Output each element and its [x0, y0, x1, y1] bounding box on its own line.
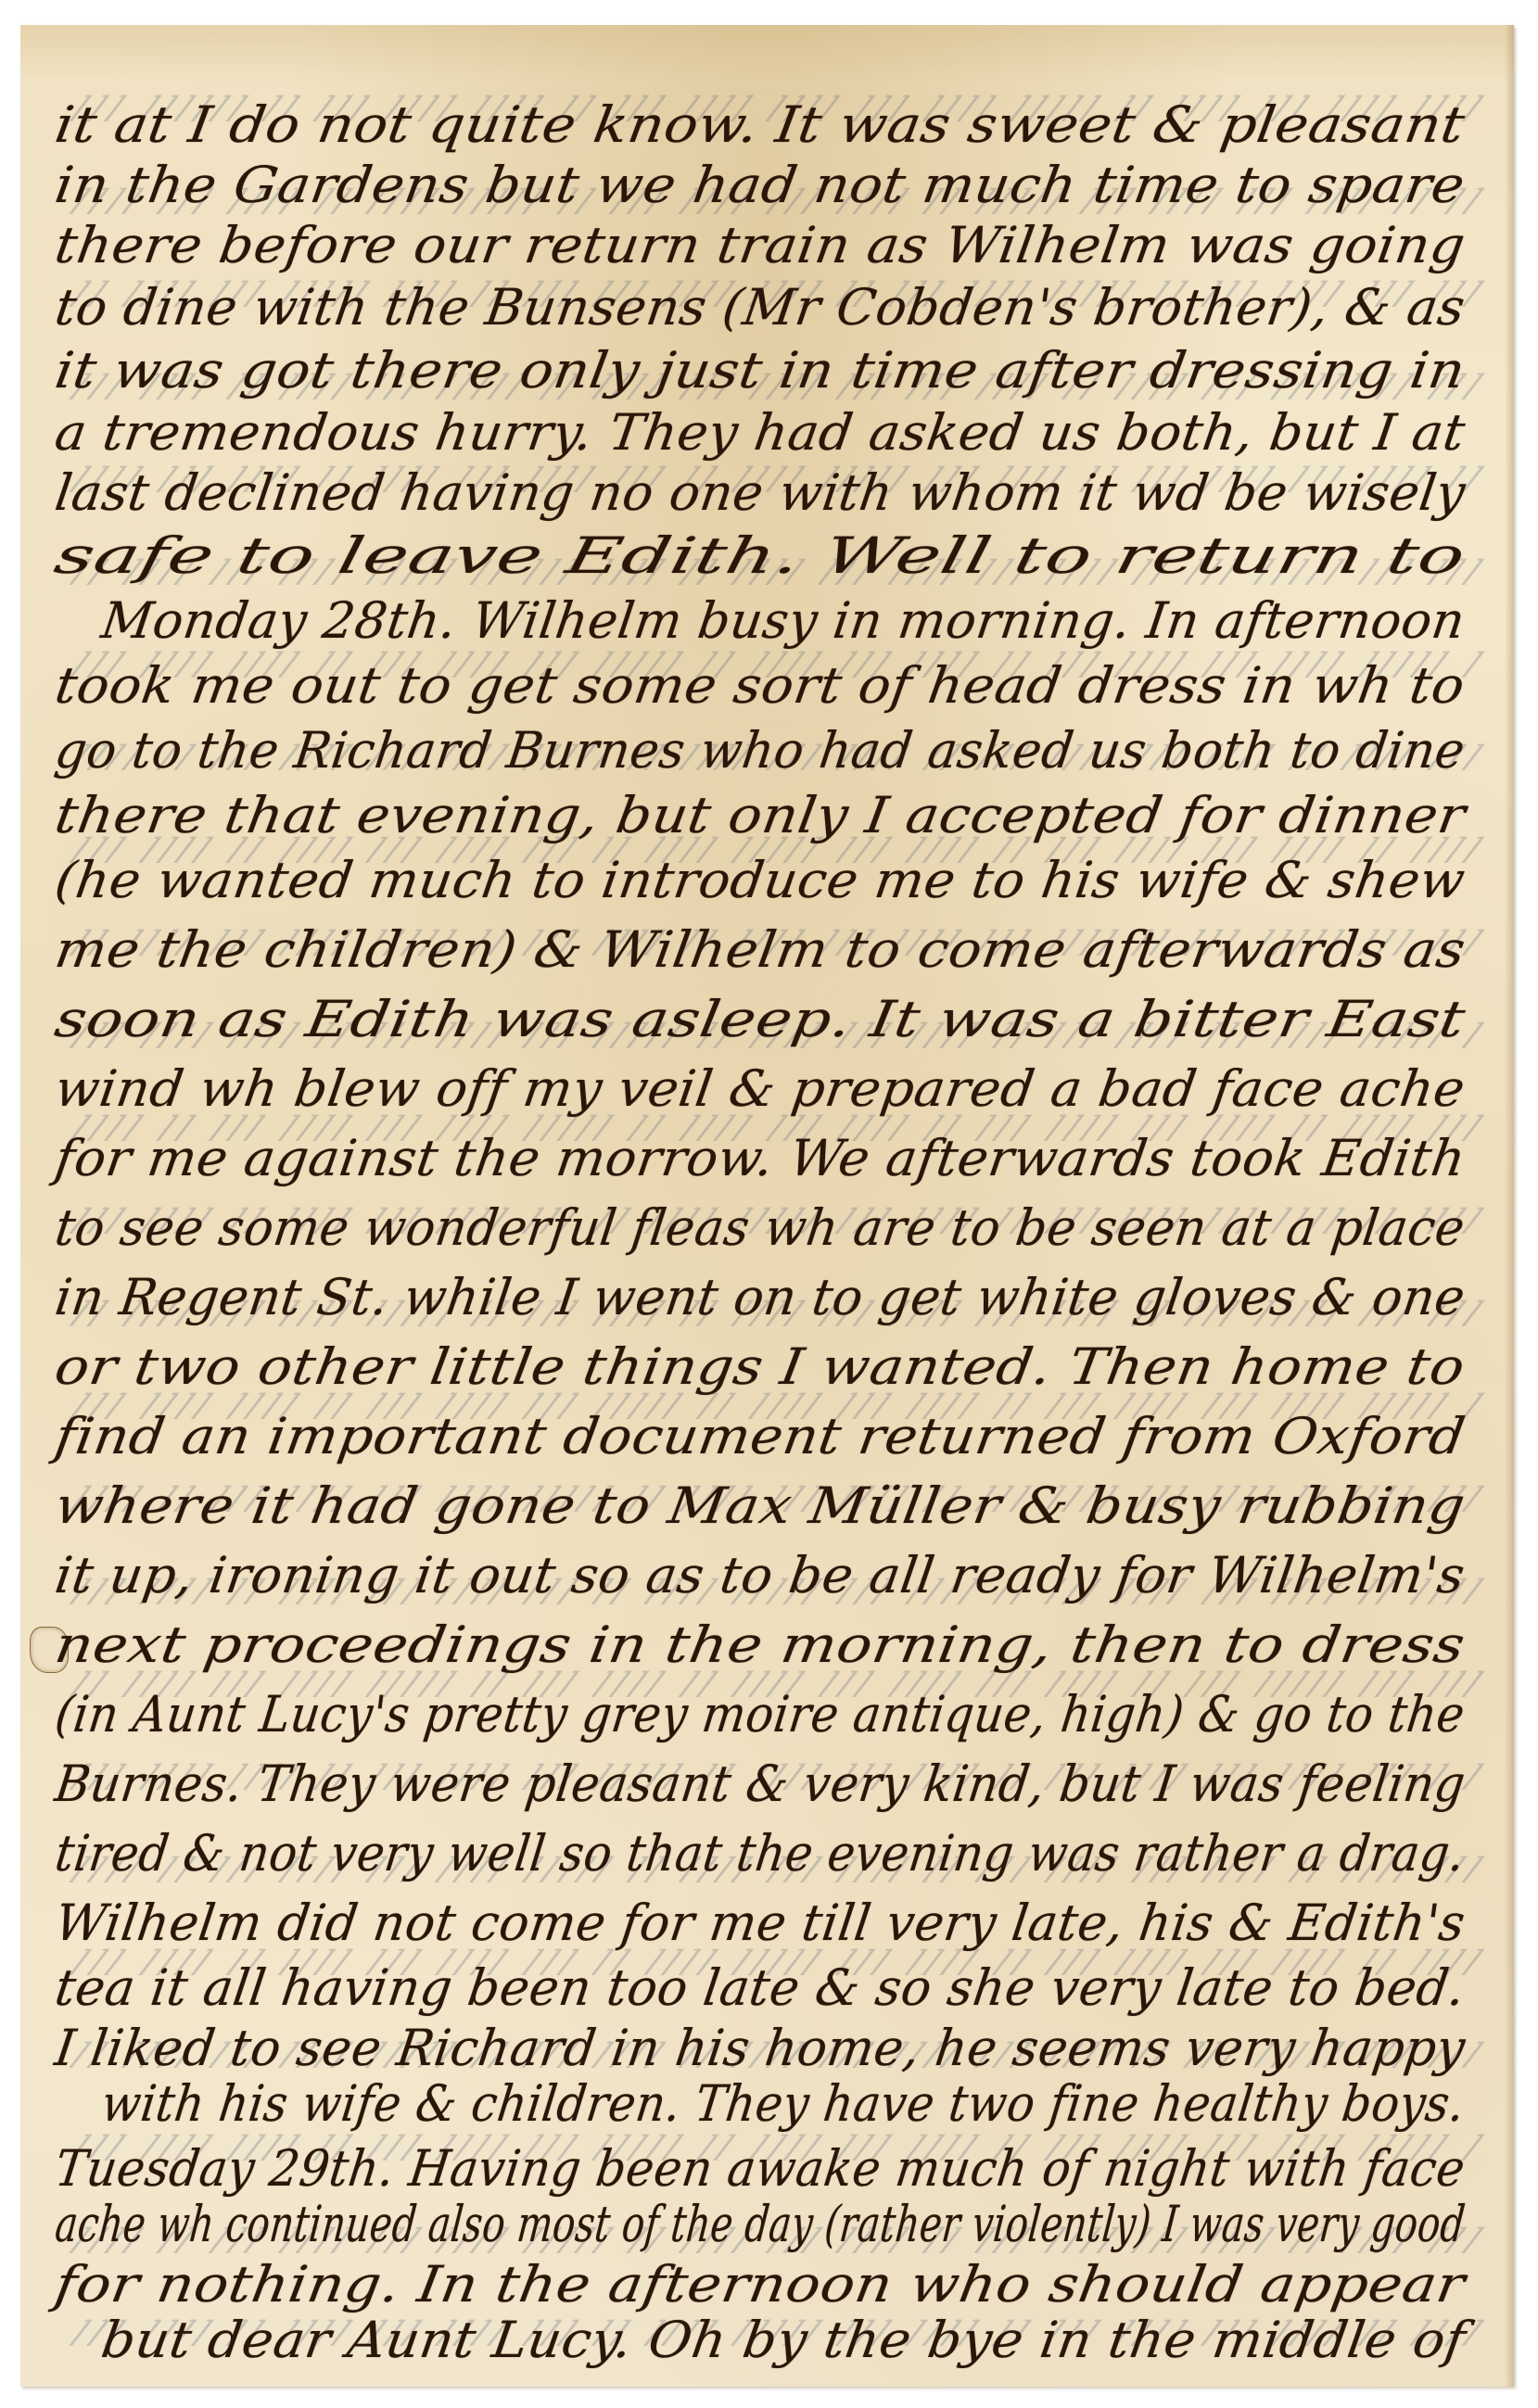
handwritten-line: to dine with the Bunsens (Mr Cobden's br…	[52, 280, 1468, 336]
handwritten-line: ache wh continued also most of the day (…	[53, 2197, 1468, 2252]
handwritten-line-date-monday: Monday 28th. Wilhelm busy in morning. In…	[98, 593, 1468, 649]
handwritten-line: tired & not very well so that the evenin…	[52, 1826, 1468, 1882]
handwritten-line: (in Aunt Lucy's pretty grey moire antiqu…	[52, 1687, 1468, 1743]
handwritten-line: for me against the morrow. We afterwards…	[52, 1131, 1469, 1186]
handwritten-line: safe to leave Edith. Well to return to	[50, 528, 1470, 584]
handwritten-line: a tremendous hurry. They had asked us bo…	[52, 405, 1469, 461]
handwritten-line: where it had gone to Max Müller & busy r…	[51, 1478, 1468, 1534]
handwritten-line-date-tuesday: Tuesday 29th. Having been awake much of …	[52, 2141, 1468, 2197]
handwritten-line: tea it all having been too late & so she…	[52, 1960, 1468, 2016]
handwritten-line: there before our return train as Wilhelm…	[52, 218, 1469, 273]
handwritten-line: but dear Aunt Lucy. Oh by the bye in the…	[98, 2313, 1469, 2368]
handwritten-line: me the children) & Wilhelm to come after…	[51, 922, 1468, 978]
handwritten-line: Wilhelm did not come for me till very la…	[52, 1895, 1468, 1951]
handwritten-line: there that evening, but only I accepted …	[51, 788, 1469, 843]
handwritten-line: it was got there only just in time after…	[51, 343, 1468, 399]
handwritten-line: it up, ironing it out so as to be all re…	[52, 1548, 1468, 1603]
handwritten-line: with his wife & children. They have two …	[98, 2076, 1468, 2132]
handwritten-line: it at I do not quite know. It was sweet …	[51, 97, 1468, 153]
handwritten-line: next proceedings in the morning, then to…	[51, 1617, 1468, 1673]
handwritten-line: in Regent St. while I went on to get whi…	[52, 1270, 1468, 1325]
handwritten-line: go to the Richard Burnes who had asked u…	[52, 723, 1468, 779]
handwritten-line: Burnes. They were pleasant & very kind, …	[52, 1756, 1468, 1812]
handwritten-line: find an important document returned from…	[51, 1409, 1468, 1464]
handwritten-line: I liked to see Richard in his home, he s…	[52, 2021, 1468, 2076]
handwritten-line: wind wh blew off my veil & prepared a ba…	[52, 1061, 1469, 1117]
handwritten-line: soon as Edith was asleep. It was a bitte…	[51, 992, 1469, 1047]
handwritten-line: for nothing. In the afternoon who should…	[51, 2257, 1468, 2313]
handwritten-line: last declined having no one with whom it…	[52, 465, 1469, 521]
handwritten-line: took me out to get some sort of head dre…	[52, 658, 1469, 714]
handwritten-line: in the Gardens but we had not much time …	[51, 158, 1468, 213]
handwritten-line: to see some wonderful fleas wh are to be…	[52, 1200, 1468, 1256]
handwritten-line: or two other little things I wanted. The…	[51, 1339, 1468, 1395]
handwritten-line: (he wanted much to introduce me to his w…	[52, 853, 1469, 908]
